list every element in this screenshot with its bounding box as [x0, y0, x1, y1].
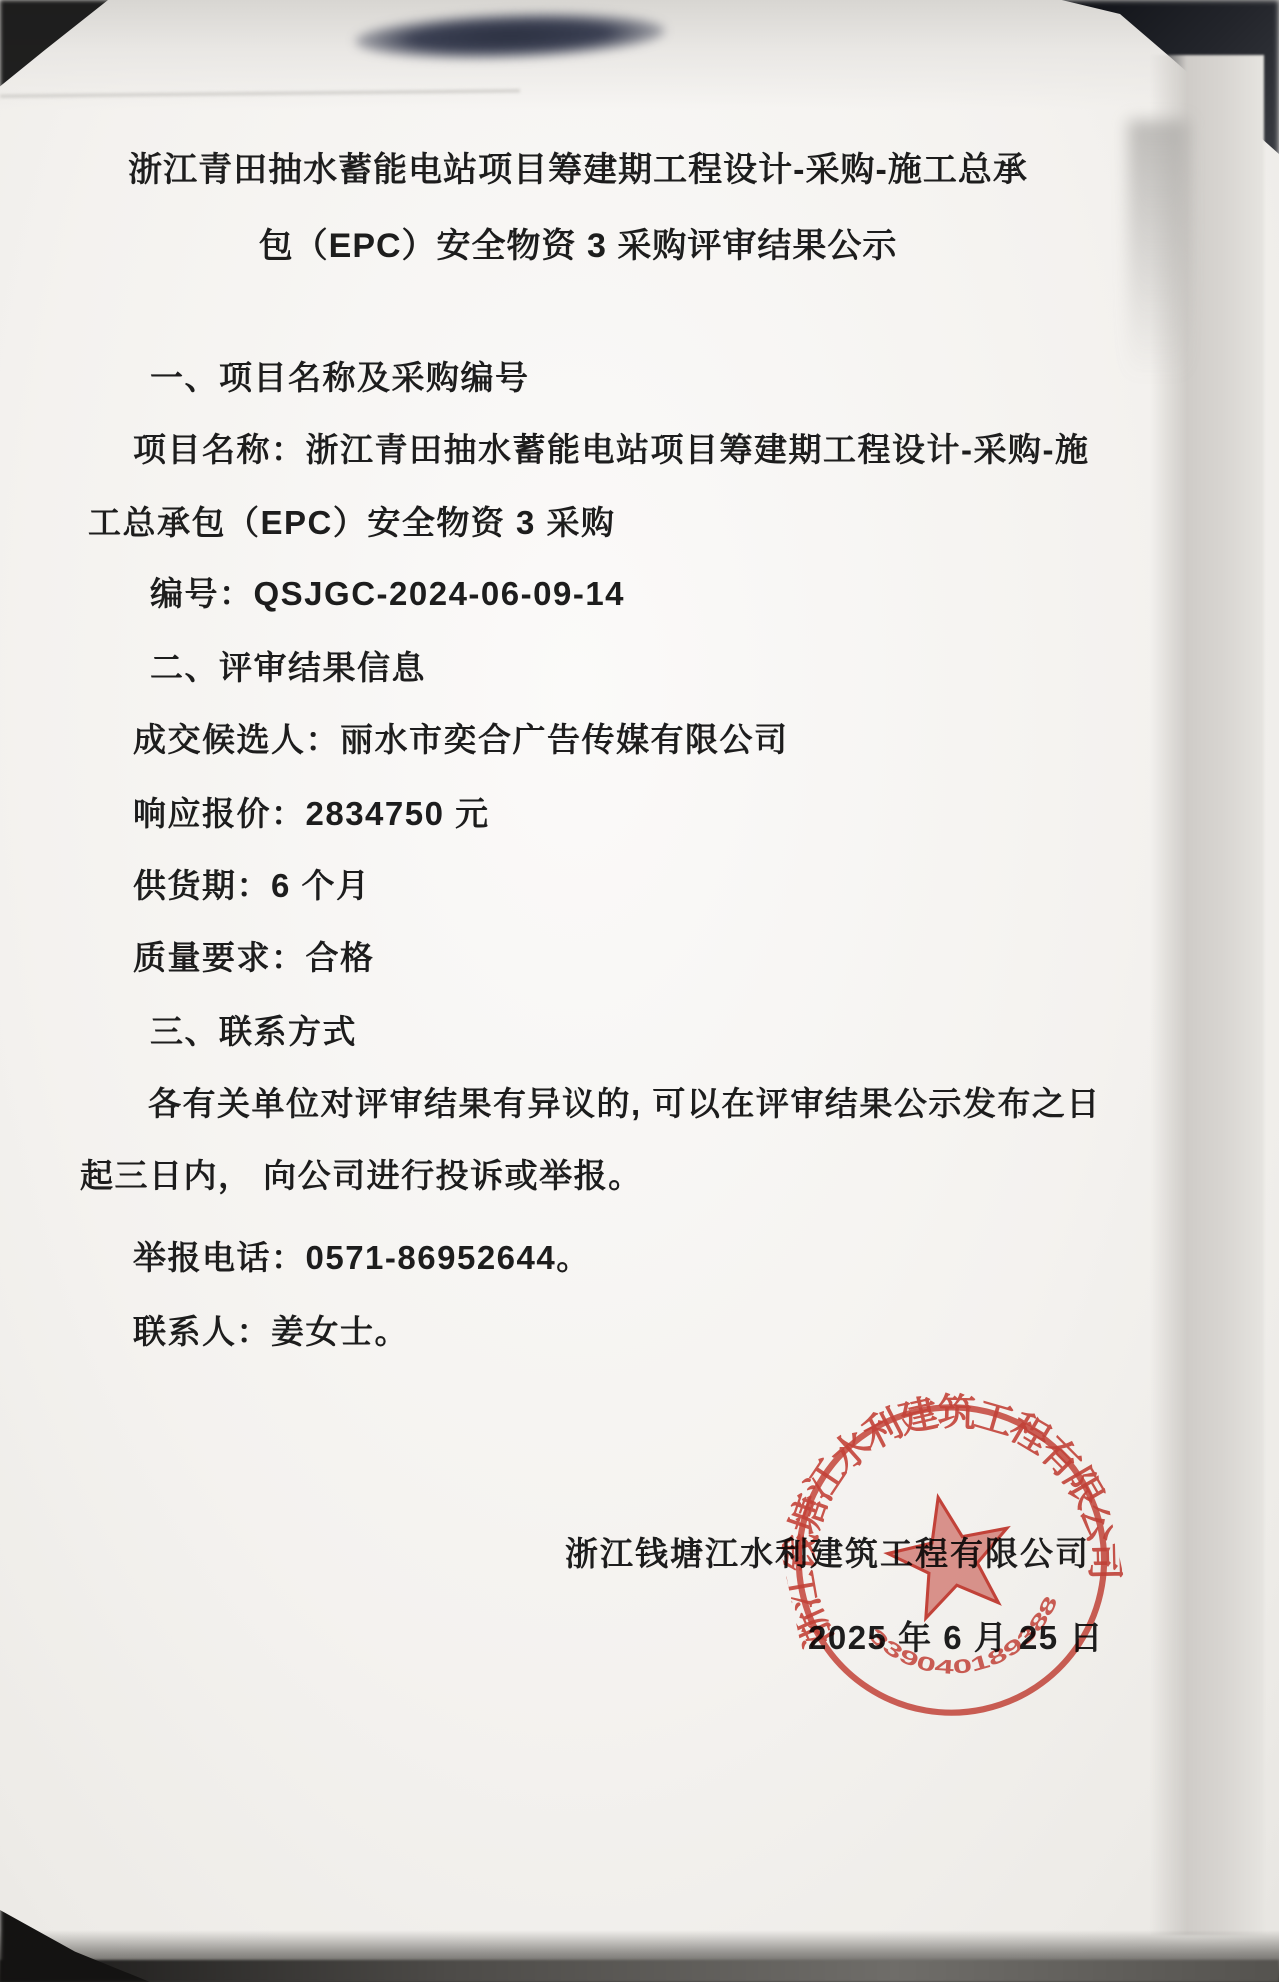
section-1-heading: 一、项目名称及采购编号: [150, 352, 530, 399]
scanned-document-page: 浙江青田抽水蓄能电站项目筹建期工程设计-采购-施工总承 包（EPC）安全物资 3…: [0, 0, 1279, 1982]
project-name-line-1: 项目名称：浙江青田抽水蓄能电站项目筹建期工程设计-采购-施: [133, 424, 1089, 471]
section-3-heading: 三、联系方式: [150, 1006, 357, 1053]
seal-star-icon: [879, 1485, 1022, 1623]
winner-line: 成交候选人：丽水市奕合广告传媒有限公司: [133, 714, 789, 761]
supply-period-line: 供货期：6 个月: [133, 860, 371, 907]
doc-title-line-2: 包（EPC）安全物资 3 采购评审结果公示: [0, 218, 1156, 267]
quality-line: 质量要求：合格: [133, 932, 375, 979]
doc-title-line-1: 浙江青田抽水蓄能电站项目筹建期工程设计-采购-施工总承: [0, 142, 1156, 191]
contact-person-line: 联系人：姜女士。: [133, 1306, 409, 1353]
photo-shadow-bottom-edge: [0, 1960, 1279, 1982]
section-2-heading: 二、评审结果信息: [150, 642, 426, 689]
price-line: 响应报价：2834750 元: [133, 788, 490, 835]
procurement-number-line: 编号：QSJGC-2024-06-09-14: [150, 568, 625, 615]
company-seal-stamp: 浙江钱塘江水利建筑工程有限公司 339040189388: [754, 1357, 1147, 1758]
report-phone-line: 举报电话：0571-86952644。: [133, 1232, 591, 1279]
notice-line-1: 各有关单位对评审结果有异议的, 可以在评审结果公示发布之日: [148, 1078, 1101, 1125]
notice-line-2: 起三日内， 向公司进行投诉或举报。: [80, 1150, 643, 1197]
project-name-line-2: 工总承包（EPC）安全物资 3 采购: [88, 497, 616, 544]
